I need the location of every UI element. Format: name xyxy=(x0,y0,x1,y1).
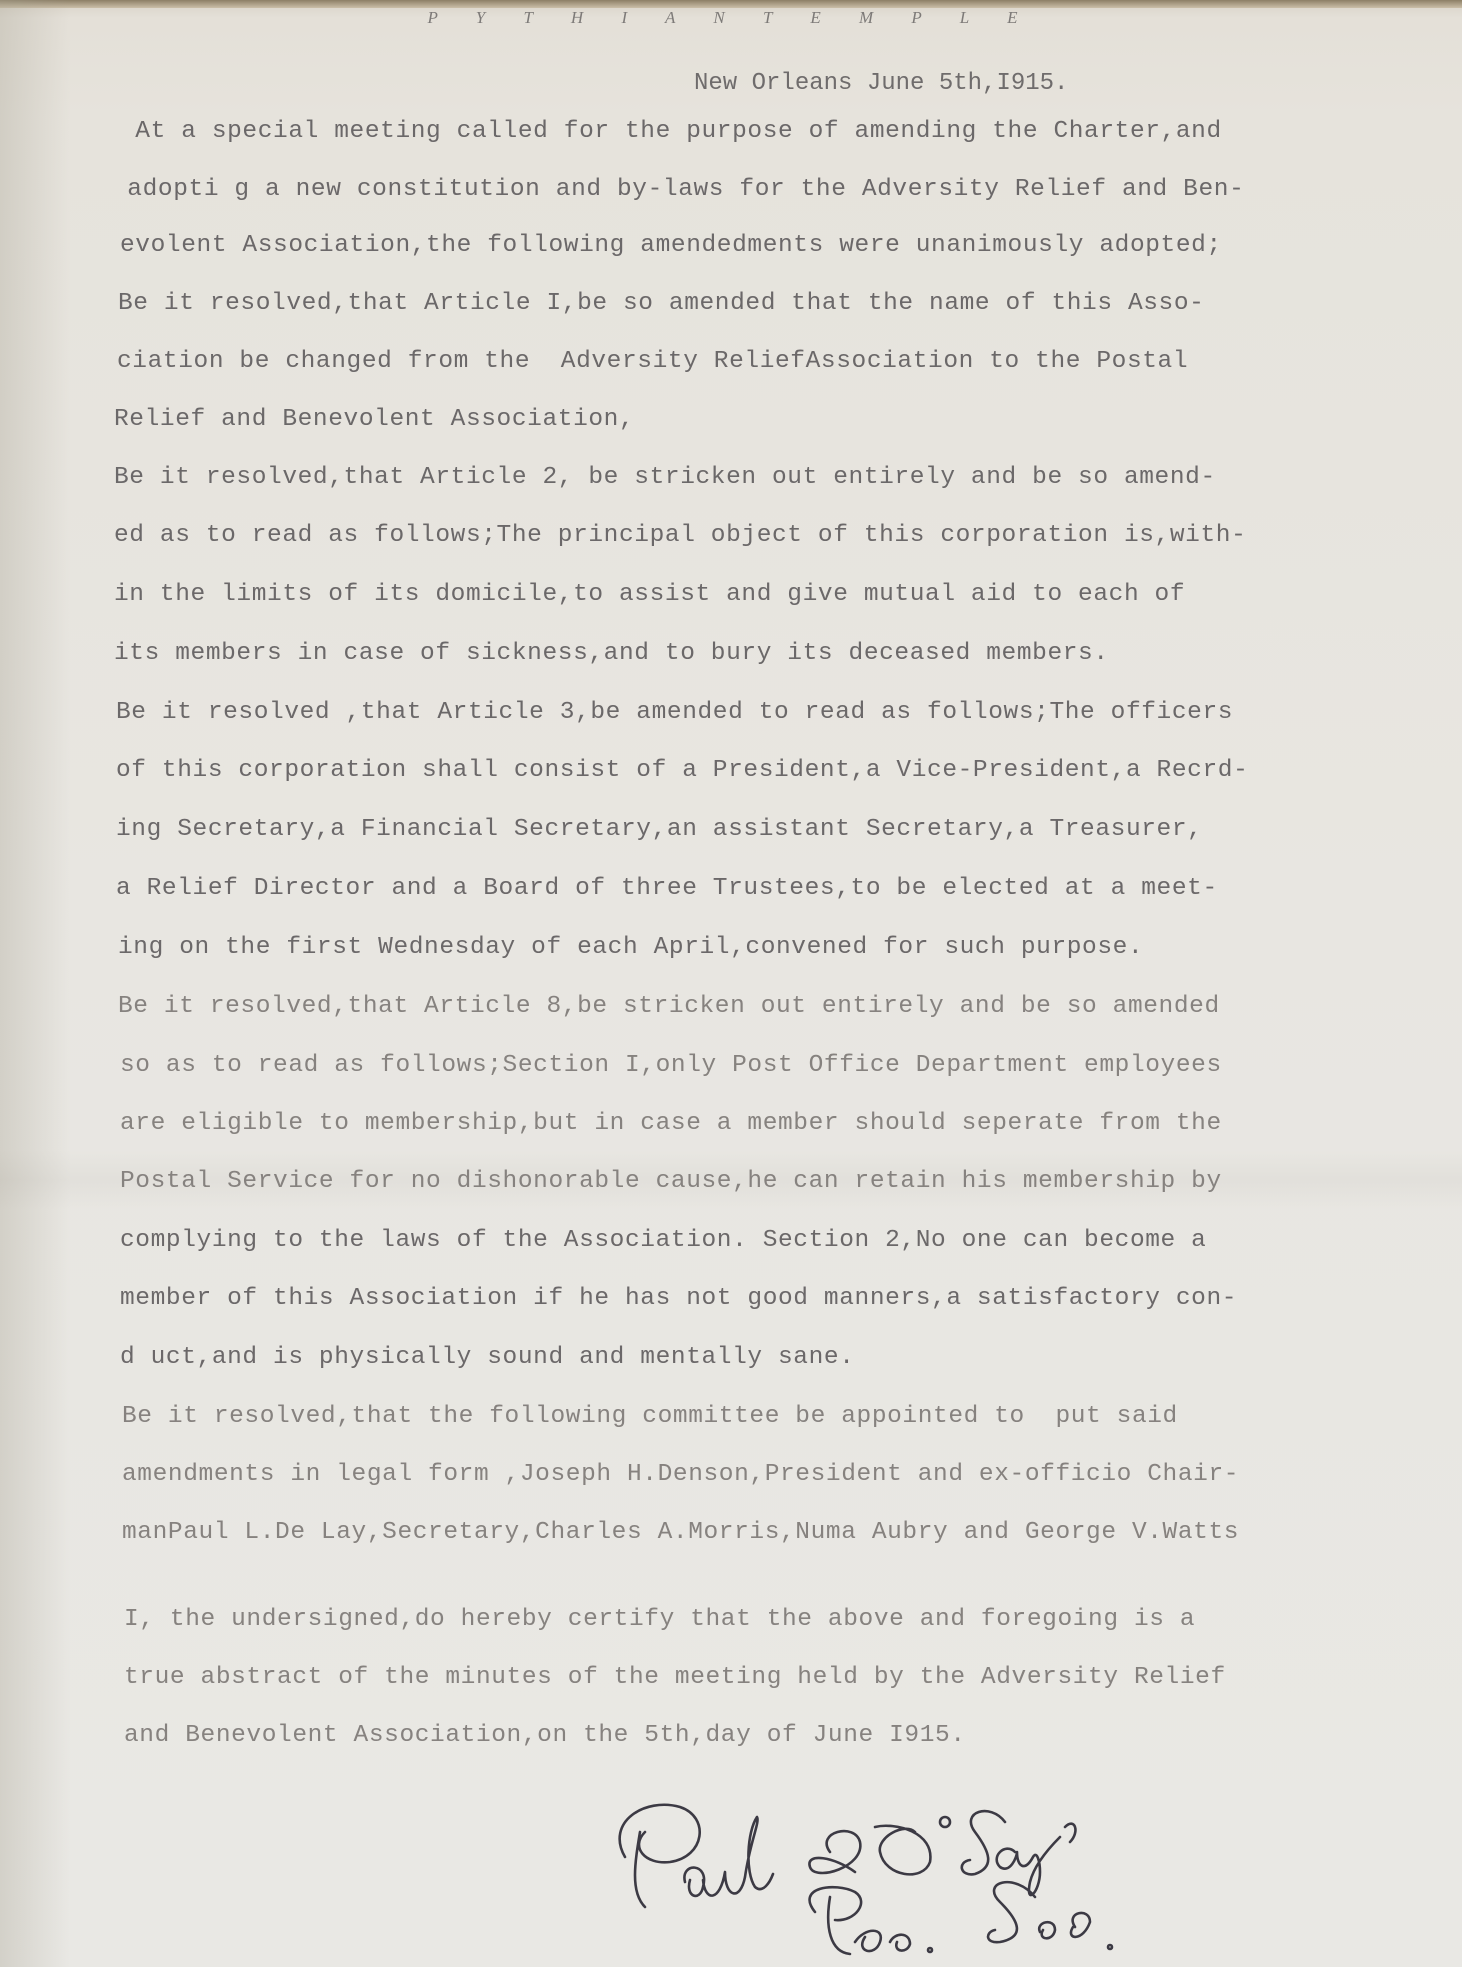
typed-line: Relief and Benevolent Association, xyxy=(114,406,634,433)
dateline: New Orleans June 5th,I915. xyxy=(694,70,1068,97)
typed-line: Be it resolved,that Article 8,be stricke… xyxy=(118,993,1220,1020)
typed-line: manPaul L.De Lay,Secretary,Charles A.Mor… xyxy=(122,1519,1239,1546)
typed-line: member of this Association if he has not… xyxy=(120,1285,1237,1312)
typed-line: of this corporation shall consist of a P… xyxy=(116,757,1248,784)
typed-line: ciation be changed from the Adversity Re… xyxy=(117,348,1188,375)
letterhead: P Y T H I A N T E M P L E xyxy=(0,8,1462,28)
typed-line: are eligible to membership,but in case a… xyxy=(120,1110,1222,1137)
signature-handwriting-icon xyxy=(585,1762,1285,1967)
typed-line: complying to the laws of the Association… xyxy=(120,1227,1206,1254)
typed-line: Postal Service for no dishonorable cause… xyxy=(120,1168,1222,1195)
typed-line: its members in case of sickness,and to b… xyxy=(114,640,1109,667)
typed-line: Be it resolved,that Article 2, be strick… xyxy=(114,464,1216,491)
typed-line: a Relief Director and a Board of three T… xyxy=(116,875,1218,902)
typed-line: amendments in legal form ,Joseph H.Denso… xyxy=(122,1461,1239,1488)
typed-line: Be it resolved,that Article I,be so amen… xyxy=(118,290,1204,317)
typed-line: I, the undersigned,do hereby certify tha… xyxy=(124,1606,1195,1633)
paper-left-shadow xyxy=(0,0,70,1967)
paper-top-edge xyxy=(0,0,1462,8)
typed-line: evolent Association,the following amende… xyxy=(120,232,1222,259)
typed-line: in the limits of its domicile,to assist … xyxy=(114,581,1185,608)
typed-line: true abstract of the minutes of the meet… xyxy=(124,1664,1226,1691)
typed-line: d uct,and is physically sound and mental… xyxy=(120,1344,855,1371)
typed-line: so as to read as follows;Section I,only … xyxy=(120,1052,1222,1079)
typed-line: ed as to read as follows;The principal o… xyxy=(114,522,1246,549)
typed-line: Be it resolved ,that Article 3,be amende… xyxy=(116,699,1233,726)
signature: Paul L. De Lay Rec. Sec. xyxy=(585,1762,1285,1967)
typed-line: ing on the first Wednesday of each April… xyxy=(118,934,1143,961)
typed-line: At a special meeting called for the purp… xyxy=(120,118,1222,145)
typed-line: ing Secretary,a Financial Secretary,an a… xyxy=(116,816,1202,843)
typed-line: and Benevolent Association,on the 5th,da… xyxy=(124,1722,966,1749)
typed-line: adopti g a new constitution and by-laws … xyxy=(112,176,1244,203)
typed-line: Be it resolved,that the following commit… xyxy=(122,1403,1178,1430)
